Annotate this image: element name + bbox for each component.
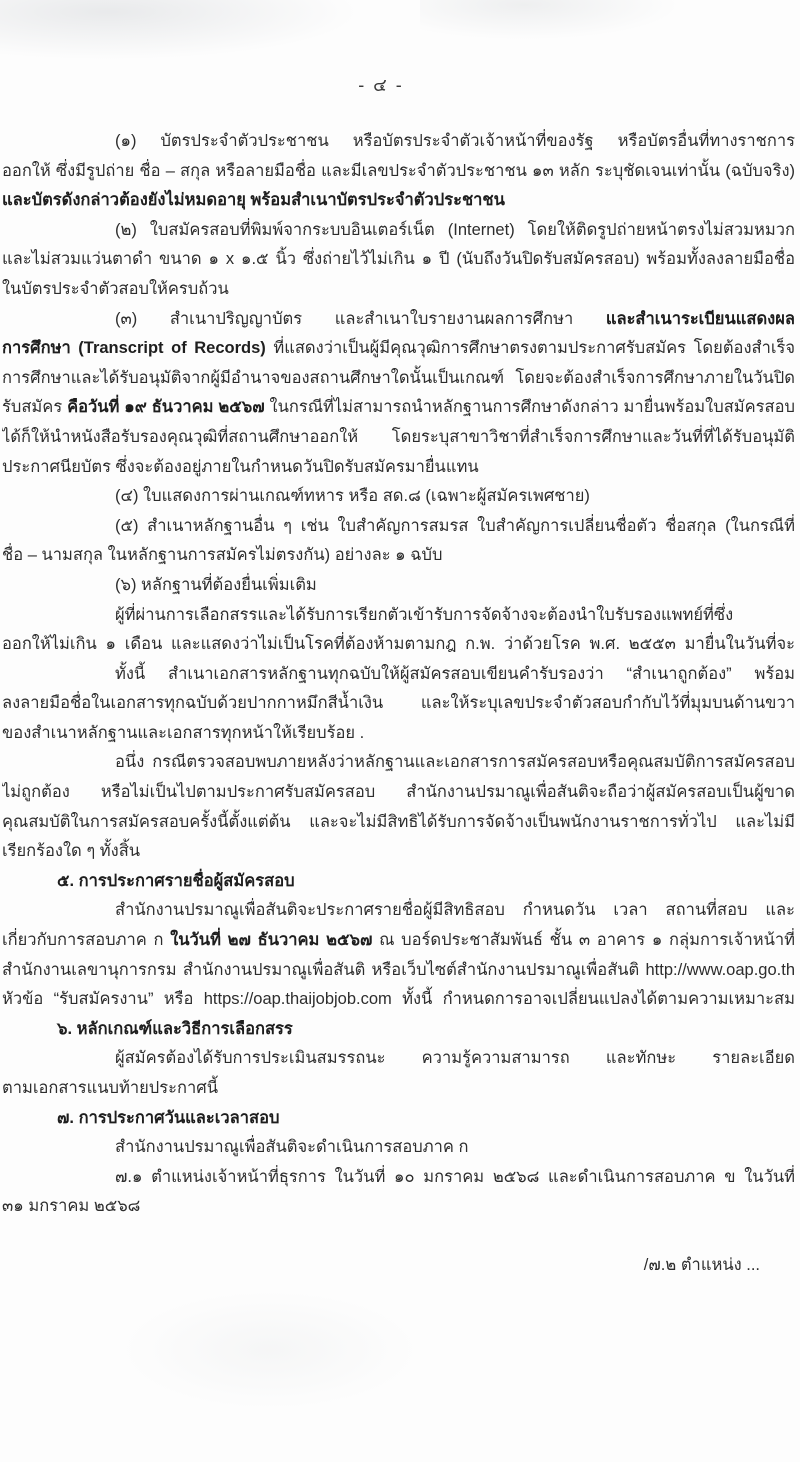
text-segment: ที่แสดงว่าเป็นผู้มีคุณวุฒิการศึกษาตรงตาม…: [266, 339, 795, 357]
text-line: (๔) ใบแสดงการผ่านเกณฑ์ทหาร หรือ สด.๘ (เฉ…: [2, 482, 795, 512]
continuation-note: /๗.๒ ตำแหน่ง ...: [0, 1252, 760, 1278]
text-segment: และไม่สวมแว่นตาดำ ขนาด ๑ x ๑.๕ นิ้ว ซึ่ง…: [2, 250, 795, 268]
text-segment: ไม่ถูกต้อง หรือไม่เป็นไปตามประกาศรับสมัค…: [2, 783, 795, 801]
text-segment: การศึกษาและได้รับอนุมัติจากผู้มีอำนาจของ…: [2, 369, 795, 387]
text-segment: ๗.๑ ตำแหน่งเจ้าหน้าที่ธุรการ ในวันที่ ๑๐…: [115, 1168, 795, 1186]
text-line: ผู้สมัครต้องได้รับการประเมินสมรรถนะ ความ…: [2, 1044, 795, 1074]
text-line: (๓) สำเนาปริญญาบัตร และสำเนาใบรายงานผลกา…: [2, 305, 795, 335]
text-segment: การศึกษา (Transcript of Records): [2, 339, 266, 357]
scan-smudge: [0, 0, 360, 60]
text-line: ออกให้ไม่เกิน ๑ เดือน และแสดงว่าไม่เป็นโ…: [2, 630, 795, 660]
text-segment: สำนักงานปรมาณูเพื่อสันติจะดำเนินการสอบภา…: [115, 1138, 469, 1156]
document-text: (๑) บัตรประจำตัวประชาชน หรือบัตรประจำตัว…: [2, 127, 795, 1222]
text-segment: เรียกร้องใด ๆ ทั้งสิ้น: [2, 842, 140, 860]
text-segment: ออกให้ ซึ่งมีรูปถ่าย ชื่อ – สกุล หรือลาย…: [2, 162, 795, 180]
text-line: ทั้งนี้ สำเนาเอกสารหลักฐานทุกฉบับให้ผู้ส…: [2, 660, 795, 690]
text-line: อนึ่ง กรณีตรวจสอบพบภายหลังว่าหลักฐานและเ…: [2, 748, 795, 778]
text-segment: ประกาศนียบัตร ซึ่งจะต้องอยู่ภายในกำหนดวั…: [2, 458, 479, 476]
text-segment: ได้ก็ให้นำหนังสือรับรองคุณวุฒิที่สถานศึก…: [2, 428, 795, 446]
text-line: ๓๑ มกราคม ๒๕๖๘: [2, 1192, 795, 1222]
text-line: ของสำเนาหลักฐานและเอกสารทุกหน้าให้เรียบร…: [2, 719, 795, 749]
section-heading-line: ๖. หลักเกณฑ์และวิธีการเลือกสรร: [2, 1015, 795, 1045]
text-segment: ลงลายมือชื่อในเอกสารทุกฉบับด้วยปากกาหมึก…: [2, 694, 795, 712]
text-segment: ในกรณีที่ไม่สามารถนำหลักฐานการศึกษาดังกล…: [265, 398, 795, 416]
text-line: สำนักงานปรมาณูเพื่อสันติจะดำเนินการสอบภา…: [2, 1133, 795, 1163]
scan-smudge: [420, 0, 680, 40]
text-line: สำนักงานปรมาณูเพื่อสันติจะประกาศรายชื่อผ…: [2, 896, 795, 926]
document-page: - ๔ - (๑) บัตรประจำตัวประชาชน หรือบัตรปร…: [0, 0, 800, 1462]
text-line: หัวข้อ “รับสมัครงาน” หรือ https://oap.th…: [2, 985, 795, 1015]
text-line: และบัตรดังกล่าวต้องยังไม่หมดอายุ พร้อมสำ…: [2, 186, 795, 216]
text-segment: ทั้งนี้ สำเนาเอกสารหลักฐานทุกฉบับให้ผู้ส…: [115, 665, 795, 683]
text-line: การศึกษา (Transcript of Records) ที่แสดง…: [2, 334, 795, 364]
text-line: เรียกร้องใด ๆ ทั้งสิ้น: [2, 837, 795, 867]
text-segment: ผู้สมัครต้องได้รับการประเมินสมรรถนะ ความ…: [115, 1049, 795, 1067]
text-segment: ในบัตรประจำตัวสอบให้ครบถ้วน: [2, 280, 229, 298]
text-line: ตามเอกสารแนบท้ายประกาศนี้: [2, 1074, 795, 1104]
text-segment: และบัตรดังกล่าวต้องยังไม่หมดอายุ พร้อมสำ…: [2, 191, 505, 209]
text-line: เกี่ยวกับการสอบภาค ก ในวันที่ ๒๗ ธันวาคม…: [2, 926, 795, 956]
text-line: ประกาศนียบัตร ซึ่งจะต้องอยู่ภายในกำหนดวั…: [2, 453, 795, 483]
text-line: และไม่สวมแว่นตาดำ ขนาด ๑ x ๑.๕ นิ้ว ซึ่ง…: [2, 245, 795, 275]
text-line: คุณสมบัติในการสมัครสอบครั้งนี้ตั้งแต่ต้น…: [2, 808, 795, 838]
text-line: ได้ก็ให้นำหนังสือรับรองคุณวุฒิที่สถานศึก…: [2, 423, 795, 453]
text-segment: ๕. การประกาศรายชื่อผู้สมัครสอบ: [57, 872, 295, 890]
text-line: สำนักงานเลขานุการกรม สำนักงานปรมาณูเพื่อ…: [2, 956, 795, 986]
text-segment: รับสมัคร: [2, 398, 67, 416]
text-segment: สำนักงานเลขานุการกรม สำนักงานปรมาณูเพื่อ…: [2, 961, 795, 979]
text-segment: (๓) สำเนาปริญญาบัตร และสำเนาใบรายงานผลกา…: [115, 310, 606, 328]
text-line: ออกให้ ซึ่งมีรูปถ่าย ชื่อ – สกุล หรือลาย…: [2, 157, 795, 187]
text-segment: คุณสมบัติในการสมัครสอบครั้งนี้ตั้งแต่ต้น…: [2, 813, 795, 838]
text-line: ไม่ถูกต้อง หรือไม่เป็นไปตามประกาศรับสมัค…: [2, 778, 795, 808]
text-segment: (๑) บัตรประจำตัวประชาชน หรือบัตรประจำตัว…: [115, 132, 795, 150]
section-heading-line: ๗. การประกาศวันและเวลาสอบ: [2, 1104, 795, 1134]
text-line: รับสมัคร คือวันที่ ๑๙ ธันวาคม ๒๕๖๗ ในกรณ…: [2, 393, 795, 423]
text-segment: (๖) หลักฐานที่ต้องยื่นเพิ่มเติม: [115, 576, 317, 594]
text-segment: อนึ่ง กรณีตรวจสอบพบภายหลังว่าหลักฐานและเ…: [115, 753, 795, 771]
text-line: ลงลายมือชื่อในเอกสารทุกฉบับด้วยปากกาหมึก…: [2, 689, 795, 719]
text-segment: ผู้ที่ผ่านการเลือกสรรและได้รับการเรียกตั…: [115, 606, 733, 624]
text-segment: ๓๑ มกราคม ๒๕๖๘: [2, 1197, 140, 1215]
text-line: ๗.๑ ตำแหน่งเจ้าหน้าที่ธุรการ ในวันที่ ๑๐…: [2, 1163, 795, 1193]
text-line: ผู้ที่ผ่านการเลือกสรรและได้รับการเรียกตั…: [2, 601, 795, 631]
text-line: (๖) หลักฐานที่ต้องยื่นเพิ่มเติม: [2, 571, 795, 601]
text-segment: เกี่ยวกับการสอบภาค ก: [2, 931, 170, 949]
text-segment: ณ บอร์ดประชาสัมพันธ์ ชั้น ๓ อาคาร ๑ กลุ่…: [372, 931, 795, 949]
text-segment: (๒) ใบสมัครสอบที่พิมพ์จากระบบอินเตอร์เน็…: [115, 221, 795, 239]
text-line: การศึกษาและได้รับอนุมัติจากผู้มีอำนาจของ…: [2, 364, 795, 394]
text-line: (๑) บัตรประจำตัวประชาชน หรือบัตรประจำตัว…: [2, 127, 795, 157]
text-segment: ในวันที่ ๒๗ ธันวาคม ๒๕๖๗: [170, 931, 372, 949]
text-segment: ของสำเนาหลักฐานและเอกสารทุกหน้าให้เรียบร…: [2, 724, 364, 742]
text-segment: (๕) สำเนาหลักฐานอื่น ๆ เช่น ใบสำคัญการสม…: [115, 517, 795, 535]
text-segment: ๖. หลักเกณฑ์และวิธีการเลือกสรร: [57, 1020, 293, 1038]
text-segment: ๗. การประกาศวันและเวลาสอบ: [57, 1109, 280, 1127]
text-segment: ชื่อ – นามสกุล ในหลักฐานการสมัครไม่ตรงกั…: [2, 546, 442, 564]
text-segment: และสำเนาระเบียนแสดงผล: [606, 310, 795, 328]
scan-smudge: [120, 1290, 420, 1410]
text-line: ชื่อ – นามสกุล ในหลักฐานการสมัครไม่ตรงกั…: [2, 541, 795, 571]
section-heading-line: ๕. การประกาศรายชื่อผู้สมัครสอบ: [2, 867, 795, 897]
text-segment: (๔) ใบแสดงการผ่านเกณฑ์ทหาร หรือ สด.๘ (เฉ…: [115, 487, 590, 505]
page-number: - ๔ -: [0, 70, 762, 99]
text-segment: ตามเอกสารแนบท้ายประกาศนี้: [2, 1079, 218, 1097]
text-line: (๒) ใบสมัครสอบที่พิมพ์จากระบบอินเตอร์เน็…: [2, 216, 795, 246]
text-segment: หัวข้อ “รับสมัครงาน” หรือ https://oap.th…: [2, 990, 795, 1008]
text-segment: คือวันที่ ๑๙ ธันวาคม ๒๕๖๗: [67, 398, 265, 416]
text-segment: ออกให้ไม่เกิน ๑ เดือน และแสดงว่าไม่เป็นโ…: [2, 635, 795, 660]
text-segment: สำนักงานปรมาณูเพื่อสันติจะประกาศรายชื่อผ…: [2, 901, 795, 926]
text-line: ในบัตรประจำตัวสอบให้ครบถ้วน: [2, 275, 795, 305]
text-line: (๕) สำเนาหลักฐานอื่น ๆ เช่น ใบสำคัญการสม…: [2, 512, 795, 542]
